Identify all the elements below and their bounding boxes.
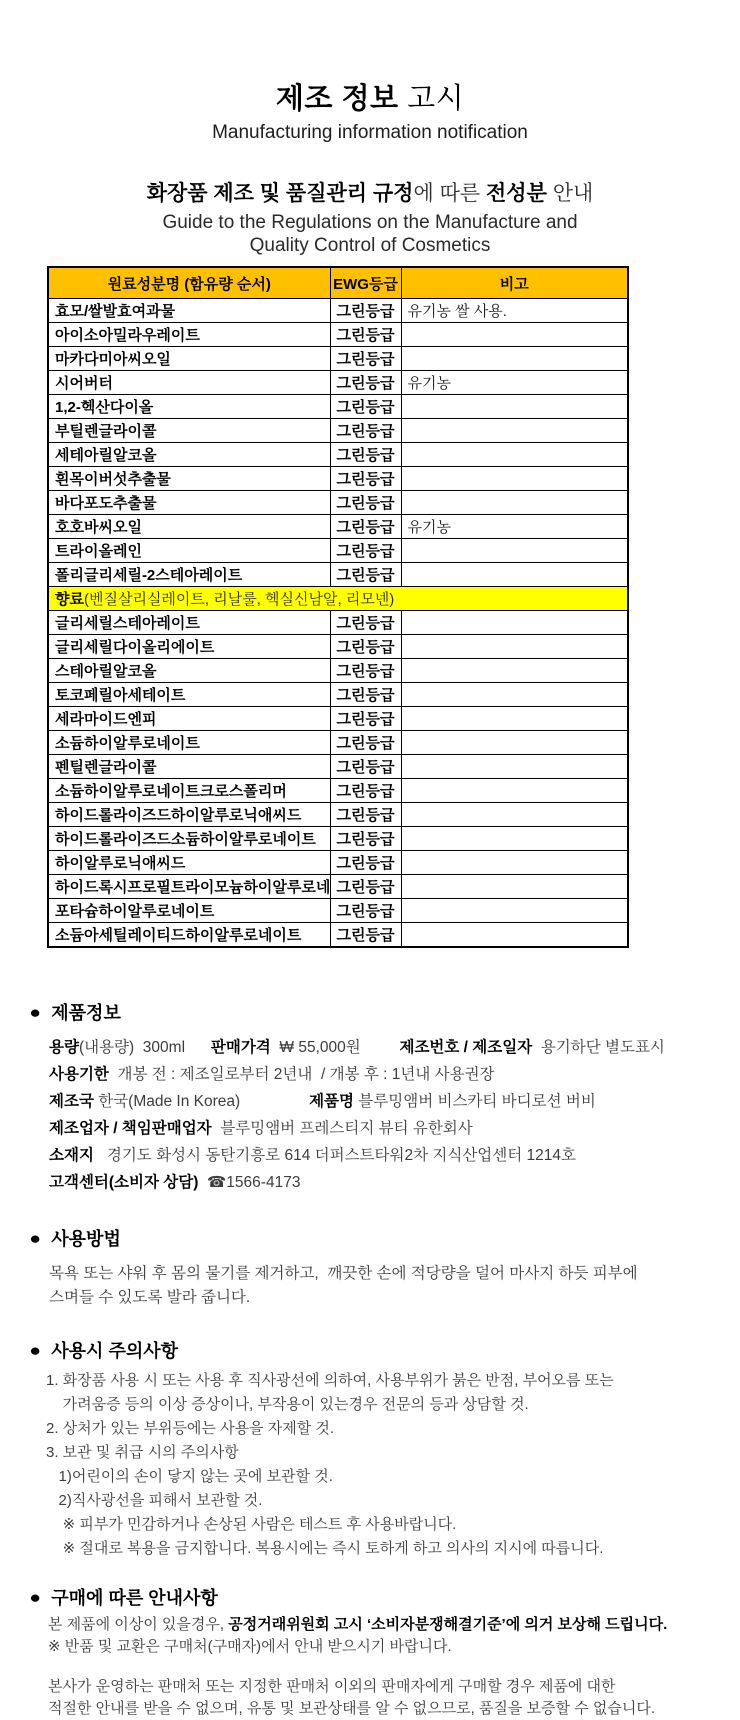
cell-name: 폴리글리세릴-2스테아레이트 [48,563,330,587]
text-line: 스며들 수 있도록 발라 줍니다. [49,1286,712,1310]
cell-grade: 그린등급 [330,539,401,563]
table-row: 마카다미아씨오일그린등급 [48,347,628,371]
cell-grade: 그린등급 [330,395,401,419]
text-segment: 2. 상처가 있는 부위등에는 사용을 자제할 것. [46,1420,334,1437]
cell-note [401,851,628,875]
text-line: 화장품 제조 및 품질관리 규정에 따른 전성분 안내 [0,177,740,207]
cell-grade: 그린등급 [330,563,401,587]
cell-name: 바다포도추출물 [48,491,330,515]
page-subtitle-korean: 화장품 제조 및 품질관리 규정에 따른 전성분 안내 [0,177,740,207]
cell-note [401,899,628,923]
cell-grade: 그린등급 [330,299,401,323]
fragrance-components: (벤질살리실레이트, 리날룰, 헥실신남알, 리모넨) [84,591,394,608]
text-line: 가려움증 등의 이상 증상이나, 부작용이 있는경우 전문의 등과 상담할 것. [46,1393,712,1417]
section-purchase: ● 구매에 따른 안내사항 본 제품에 이상이 있을경우, 공정거래위원회 고시… [30,1584,712,1719]
cell-note [401,779,628,803]
cell-name: 글리세릴다이올리에이트 [48,635,330,659]
cell-note: 유기농 [401,515,628,539]
text-segment: 3. 보관 및 취급 시의 주의사항 [46,1444,239,1461]
section-usage: ● 사용방법 목욕 또는 샤워 후 몸의 물기를 제거하고, 깨끗한 손에 적당… [30,1225,712,1310]
ingredient-table: 원료성분명 (함유량 순서) EWG등급 비고 효모/쌀발효여과물그린등급유기농… [47,266,629,948]
cell-name: 글리세릴스테아레이트 [48,611,330,635]
cell-grade: 그린등급 [330,347,401,371]
section-caution-header: ● 사용시 주의사항 [30,1337,712,1363]
cell-name: 효모/쌀발효여과물 [48,299,330,323]
document-header: 제조 정보 고시 Manufacturing information notif… [0,0,740,257]
text-line: 1. 화장품 사용 시 또는 사용 후 직사광선에 의하여, 사용부위가 붉은 … [46,1369,712,1393]
column-header-ewg-grade: EWG등급 [330,267,401,299]
cell-grade: 그린등급 [330,515,401,539]
text-segment: 1. 화장품 사용 시 또는 사용 후 직사광선에 의하여, 사용부위가 붉은 … [46,1372,614,1389]
cell-note [401,611,628,635]
text-segment-bold: 사용기한 [49,1066,109,1083]
text-segment-bold: 판매가격 [211,1039,271,1056]
table-row: 하이알루로닉애씨드그린등급 [48,851,628,875]
cell-note [401,659,628,683]
text-line: ※ 피부가 민감하거나 손상된 사람은 테스트 후 사용바랍니다. [46,1513,712,1537]
text-segment: 본 제품에 이상이 있을경우, [48,1616,228,1633]
section-caution: ● 사용시 주의사항 1. 화장품 사용 시 또는 사용 후 직사광선에 의하여… [30,1337,712,1561]
text-segment: 용기하단 별도표시 [532,1039,665,1056]
cell-note [401,635,628,659]
cell-name: 1,2-헥산다이올 [48,395,330,419]
cell-name: 마카다미아씨오일 [48,347,330,371]
cell-note: 유기농 [401,371,628,395]
cell-grade: 그린등급 [330,323,401,347]
table-row: 하이드롤라이즈드소듐하이알루로네이트그린등급 [48,827,628,851]
table-row: 포타슘하이알루로네이트그린등급 [48,899,628,923]
cell-note [401,347,628,371]
bullet-icon: ● [29,1004,41,1021]
text-segment-bold: 공정거래위원회 고시 ‘소비자분쟁해결기준’에 의거 보상해 드립니다. [228,1616,667,1633]
cell-note [401,803,628,827]
text-segment-bold: 제조업자 / 책임판매업자 [49,1120,212,1137]
text-segment: 가려움증 등의 이상 증상이나, 부작용이 있는경우 전문의 등과 상담할 것. [46,1396,529,1413]
cell-name: 부틸렌글라이콜 [48,419,330,443]
table-row: 세라마이드엔피그린등급 [48,707,628,731]
text-segment: (내용량) 300ml [79,1039,211,1056]
cell-grade: 그린등급 [330,659,401,683]
cell-note [401,683,628,707]
text-segment-bold: 소재지 [49,1147,94,1164]
cell-name: 소듐하이알루로네이트크로스폴리머 [48,779,330,803]
cell-grade: 그린등급 [330,467,401,491]
section-title: 구매에 따른 안내사항 [51,1584,218,1610]
text-line: 2)직사광선을 피해서 보관할 것. [46,1489,712,1513]
text-segment: ※ 반품 및 교환은 구매처(구매자)에서 안내 받으시기 바랍니다. [48,1638,452,1655]
cell-note [401,563,628,587]
cell-grade: 그린등급 [330,419,401,443]
cell-grade: 그린등급 [330,635,401,659]
header-row: 원료성분명 (함유량 순서) EWG등급 비고 [48,267,628,299]
text-line: 제조국 한국(Made In Korea) 제품명 블루밍앰버 비스카티 바디로… [49,1088,712,1115]
table-row: 소듐하이알루로네이트크로스폴리머그린등급 [48,779,628,803]
text-line: 적절한 안내를 받을 수 없으며, 유통 및 보관상태를 알 수 없으므로, 품… [48,1698,712,1720]
cell-grade: 그린등급 [330,755,401,779]
text-line: 사용기한 개봉 전 : 제조일로부터 2년내 / 개봉 후 : 1년내 사용권장 [49,1061,712,1088]
cell-grade: 그린등급 [330,827,401,851]
text-line: 1)어린이의 손이 닿지 않는 곳에 보관할 것. [46,1465,712,1489]
cell-grade: 그린등급 [330,899,401,923]
text-segment-bold: 고객센터(소비자 상담) [49,1174,198,1191]
cell-name: 하이알루로닉애씨드 [48,851,330,875]
cell-note [401,827,628,851]
table-row: 글리세릴스테아레이트그린등급 [48,611,628,635]
cell-note [401,419,628,443]
cell-name: 호호바씨오일 [48,515,330,539]
cell-name: 펜틸렌글라이콜 [48,755,330,779]
text-line: 소재지 경기도 화성시 동탄기흥로 614 더퍼스트타워2차 지식산업센터 12… [49,1142,712,1169]
section-product-info-body: 용량(내용량) 300ml 판매가격 ₩ 55,000원 제조번호 / 제조일자… [49,1034,712,1196]
cell-grade: 그린등급 [330,923,401,948]
text-segment-bold: 용량 [49,1039,79,1056]
section-product-info-header: ● 제품정보 [30,999,712,1025]
cell-name: 스테아릴알코올 [48,659,330,683]
table-row: 효모/쌀발효여과물그린등급유기농 쌀 사용. [48,299,628,323]
cell-note [401,755,628,779]
text-line: ※ 반품 및 교환은 구매처(구매자)에서 안내 받으시기 바랍니다. [48,1636,712,1658]
table-row: 세테아릴알코올그린등급 [48,443,628,467]
text-line: 용량(내용량) 300ml 판매가격 ₩ 55,000원 제조번호 / 제조일자… [49,1034,712,1061]
text-segment: 본사가 운영하는 판매처 또는 지정한 판매처 이외의 판매자에게 구매할 경우… [48,1678,616,1695]
table-row: 부틸렌글라이콜그린등급 [48,419,628,443]
table-row: 시어버터그린등급유기농 [48,371,628,395]
cell-note [401,707,628,731]
cell-note [401,467,628,491]
section-product-info: ● 제품정보 용량(내용량) 300ml 판매가격 ₩ 55,000원 제조번호… [30,999,712,1196]
text-segment: ₩ 55,000원 [271,1039,400,1056]
cell-grade: 그린등급 [330,491,401,515]
page-title-bold: 제조 정보 [276,83,399,115]
text-segment: 경기도 화성시 동탄기흥로 614 더퍼스트타워2차 지식산업센터 1214호 [94,1147,576,1164]
cell-grade: 그린등급 [330,707,401,731]
text-line: 3. 보관 및 취급 시의 주의사항 [46,1441,712,1465]
cell-name: 토코페릴아세테이트 [48,683,330,707]
cell-grade: 그린등급 [330,443,401,467]
text-line: 본사가 운영하는 판매처 또는 지정한 판매처 이외의 판매자에게 구매할 경우… [48,1676,712,1698]
cell-name: 세라마이드엔피 [48,707,330,731]
ingredient-table-body: 효모/쌀발효여과물그린등급유기농 쌀 사용.아이소아밀라우레이트그린등급마카다미… [48,299,628,948]
text-line [48,1657,712,1676]
section-purchase-header: ● 구매에 따른 안내사항 [30,1584,712,1610]
cell-grade: 그린등급 [330,803,401,827]
ingredient-table-header: 원료성분명 (함유량 순서) EWG등급 비고 [48,267,628,299]
table-row: 토코페릴아세테이트그린등급 [48,683,628,707]
section-purchase-body: 본 제품에 이상이 있을경우, 공정거래위원회 고시 ‘소비자분쟁해결기준’에 … [48,1614,712,1719]
page-subtitle-english-line2: Quality Control of Cosmetics [0,234,740,257]
table-row: 바다포도추출물그린등급 [48,491,628,515]
text-segment: 한국(Made In Korea) [94,1093,309,1110]
table-row: 소듐하이알루로네이트그린등급 [48,731,628,755]
bullet-icon: ● [29,1230,41,1247]
cell-name: 아이소아밀라우레이트 [48,323,330,347]
section-caution-body: 1. 화장품 사용 시 또는 사용 후 직사광선에 의하여, 사용부위가 붉은 … [46,1369,712,1561]
column-header-ingredient-name: 원료성분명 (함유량 순서) [48,267,330,299]
cell-note [401,491,628,515]
text-segment-bold: 제조국 [49,1093,94,1110]
page-subtitle-english-line1: Guide to the Regulations on the Manufact… [0,211,740,234]
table-row: 흰목이버섯추출물그린등급 [48,467,628,491]
section-usage-header: ● 사용방법 [30,1225,712,1251]
text-segment: ☎1566-4173 [198,1174,300,1191]
cell-name: 소듐아세틸레이티드하이알루로네이트 [48,923,330,948]
document-page: 제조 정보 고시 Manufacturing information notif… [0,0,740,1720]
cell-grade: 그린등급 [330,371,401,395]
text-segment-bold: 제품명 [309,1093,354,1110]
section-title: 사용방법 [51,1225,121,1251]
page-subtitle-english: Guide to the Regulations on the Manufact… [0,211,740,257]
cell-note [401,395,628,419]
text-segment: 1)어린이의 손이 닿지 않는 곳에 보관할 것. [46,1468,333,1485]
cell-note [401,731,628,755]
table-row: 폴리글리세릴-2스테아레이트그린등급 [48,563,628,587]
text-segment: 에 따른 [413,182,486,205]
cell-name: 하이드록시프로필트라이모늄하이알루로네이트 [48,875,330,899]
column-header-remarks: 비고 [401,267,628,299]
cell-name: 소듐하이알루로네이트 [48,731,330,755]
text-line: 본 제품에 이상이 있을경우, 공정거래위원회 고시 ‘소비자분쟁해결기준’에 … [48,1614,712,1636]
page-title-light: 고시 [407,83,464,115]
cell-grade: 그린등급 [330,851,401,875]
table-row: 소듐아세틸레이티드하이알루로네이트그린등급 [48,923,628,948]
table-row: 하이드록시프로필트라이모늄하이알루로네이트그린등급 [48,875,628,899]
text-segment-bold: 전성분 [486,182,547,205]
table-row: 글리세릴다이올리에이트그린등급 [48,635,628,659]
cell-grade: 그린등급 [330,875,401,899]
table-row: 호호바씨오일그린등급유기농 [48,515,628,539]
text-segment: 안내 [547,182,593,205]
table-row: 스테아릴알코올그린등급 [48,659,628,683]
fragrance-row: 향료(벤질살리실레이트, 리날룰, 헥실신남알, 리모넨) [48,587,628,611]
cell-name: 세테아릴알코올 [48,443,330,467]
text-segment: 블루밍앰버 프레스티지 뷰티 유한회사 [212,1120,473,1137]
cell-note [401,923,628,948]
cell-name: 흰목이버섯추출물 [48,467,330,491]
text-line: 목욕 또는 샤워 후 몸의 물기를 제거하고, 깨끗한 손에 적당량을 덜어 마… [49,1262,712,1286]
cell-name: 시어버터 [48,371,330,395]
cell-note [401,539,628,563]
cell-note [401,875,628,899]
text-segment-bold: 화장품 제조 및 품질관리 규정 [147,182,414,205]
cell-grade: 그린등급 [330,779,401,803]
cell-grade: 그린등급 [330,611,401,635]
page-title: 제조 정보 고시 [0,76,740,117]
cell-name: 하이드롤라이즈드소듐하이알루로네이트 [48,827,330,851]
text-line: ※ 절대로 복용을 금지합니다. 복용시에는 즉시 토하게 하고 의사의 지시에… [46,1537,712,1561]
section-usage-body: 목욕 또는 샤워 후 몸의 물기를 제거하고, 깨끗한 손에 적당량을 덜어 마… [49,1262,712,1310]
text-segment: 스며들 수 있도록 발라 줍니다. [49,1289,250,1306]
table-row: 1,2-헥산다이올그린등급 [48,395,628,419]
cell-note: 유기농 쌀 사용. [401,299,628,323]
text-segment: ※ 피부가 민감하거나 손상된 사람은 테스트 후 사용바랍니다. [46,1516,456,1533]
text-segment: 목욕 또는 샤워 후 몸의 물기를 제거하고, 깨끗한 손에 적당량을 덜어 마… [49,1265,638,1282]
table-row: 아이소아밀라우레이트그린등급 [48,323,628,347]
cell-name: 포타슘하이알루로네이트 [48,899,330,923]
text-segment: 블루밍앰버 비스카티 바디로션 버비 [354,1093,596,1110]
text-line: 2. 상처가 있는 부위등에는 사용을 자제할 것. [46,1417,712,1441]
bullet-icon: ● [29,1342,41,1359]
bullet-icon: ● [29,1589,41,1606]
fragrance-label: 향료 [55,591,84,608]
text-line: 고객센터(소비자 상담) ☎1566-4173 [49,1169,712,1196]
text-segment: 2)직사광선을 피해서 보관할 것. [46,1492,262,1509]
table-row: 하이드롤라이즈드하이알루로닉애씨드그린등급 [48,803,628,827]
page-title-english: Manufacturing information notification [0,122,740,144]
table-row: 펜틸렌글라이콜그린등급 [48,755,628,779]
text-segment: 개봉 전 : 제조일로부터 2년내 / 개봉 후 : 1년내 사용권장 [109,1066,495,1083]
cell-note [401,323,628,347]
cell-grade: 그린등급 [330,683,401,707]
table-row: 트라이올레인그린등급 [48,539,628,563]
text-line: 제조업자 / 책임판매업자 블루밍앰버 프레스티지 뷰티 유한회사 [49,1115,712,1142]
cell-name: 하이드롤라이즈드하이알루로닉애씨드 [48,803,330,827]
text-segment-bold: 제조번호 / 제조일자 [399,1039,532,1056]
cell-name: 트라이올레인 [48,539,330,563]
cell-note [401,443,628,467]
section-title: 사용시 주의사항 [51,1337,178,1363]
text-segment: ※ 절대로 복용을 금지합니다. 복용시에는 즉시 토하게 하고 의사의 지시에… [46,1540,603,1557]
fragrance-cell: 향료(벤질살리실레이트, 리날룰, 헥실신남알, 리모넨) [48,587,628,611]
cell-grade: 그린등급 [330,731,401,755]
section-title: 제품정보 [51,999,121,1025]
text-segment: 적절한 안내를 받을 수 없으며, 유통 및 보관상태를 알 수 없으므로, 품… [48,1700,655,1717]
